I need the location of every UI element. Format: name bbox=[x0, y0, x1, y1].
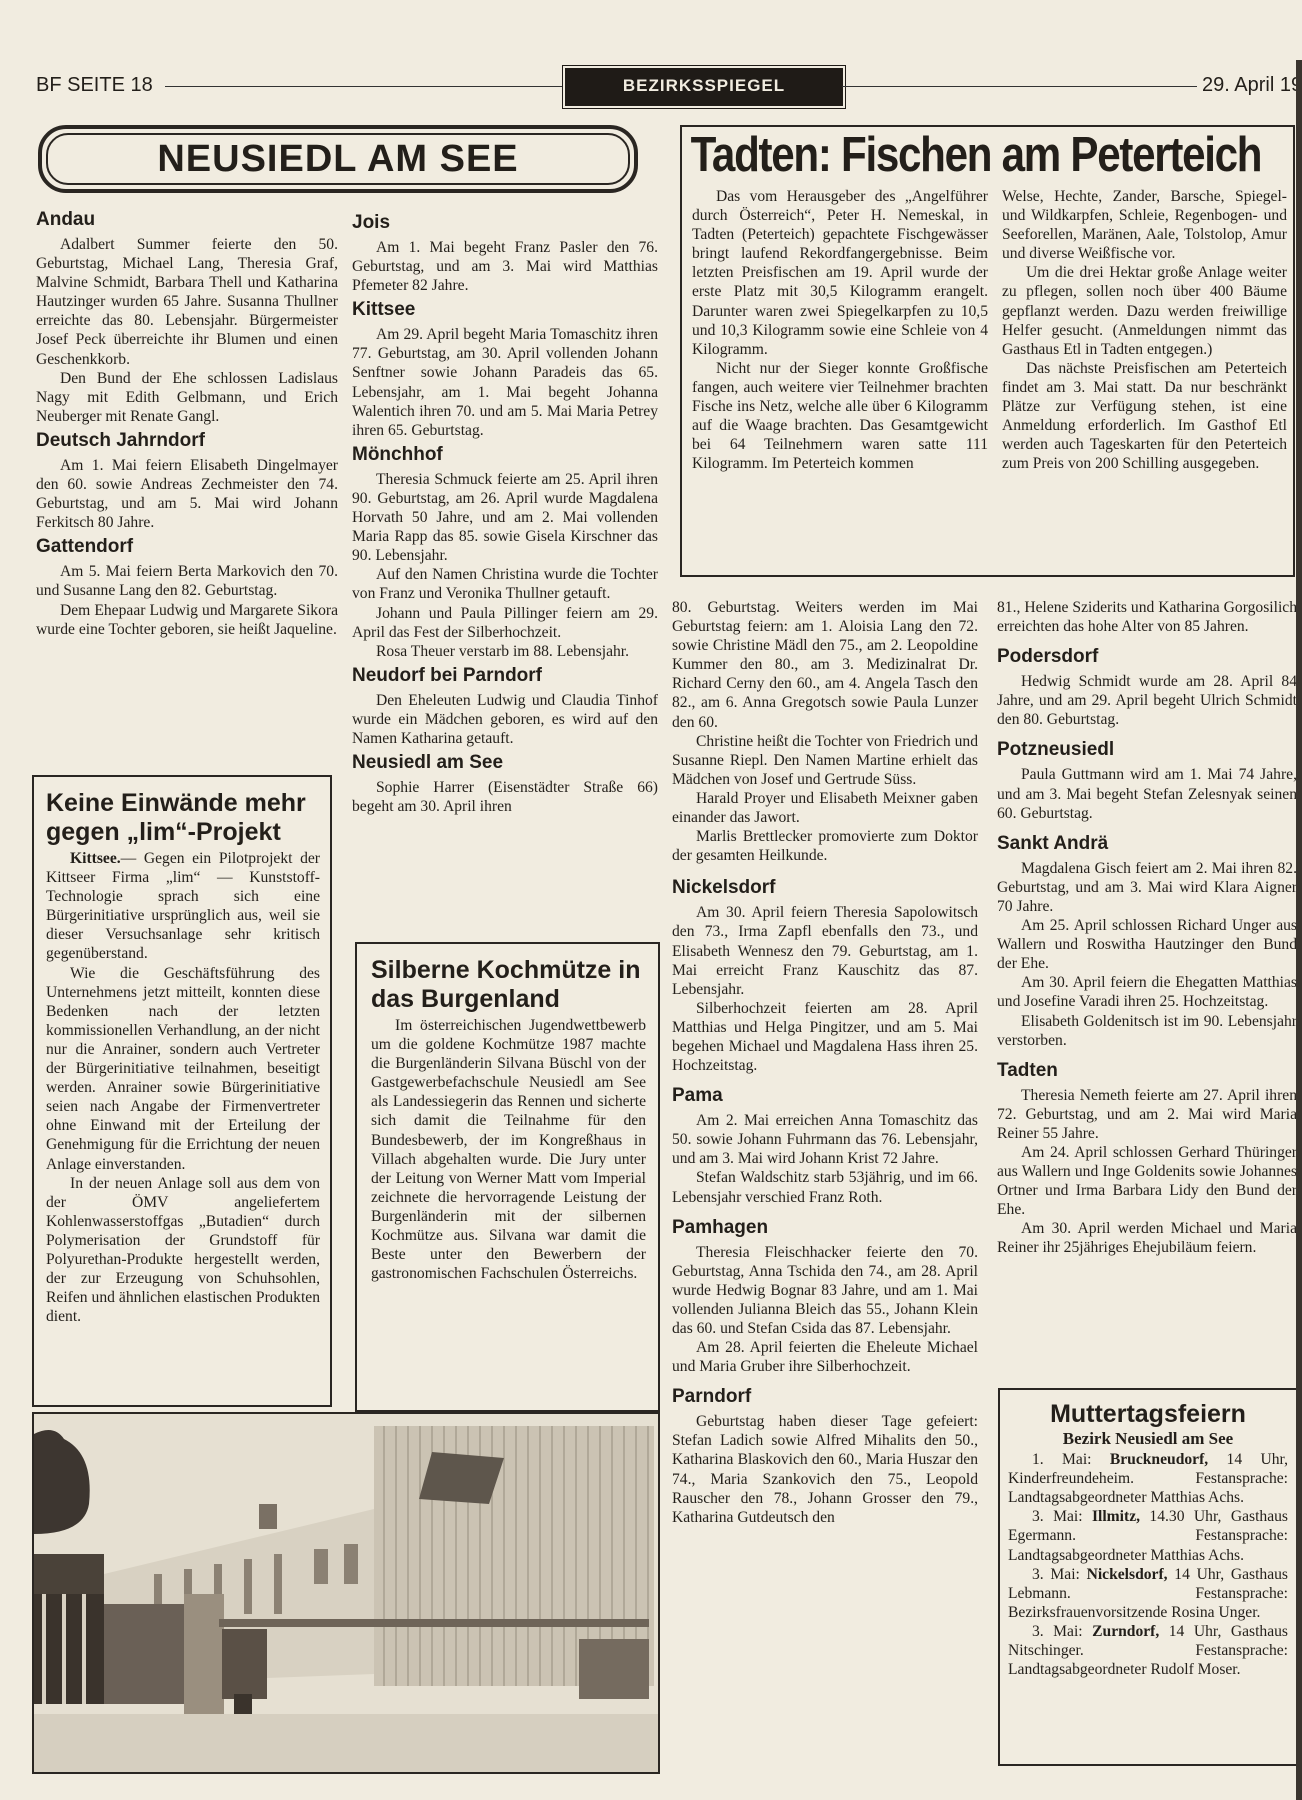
paragraph: Welse, Hechte, Zander, Barsche, Spiegel-… bbox=[1002, 187, 1287, 263]
paragraph: Geburtstag haben dieser Tage gefeiert: S… bbox=[672, 1412, 978, 1527]
section-heading-podersdorf: Podersdorf bbox=[997, 646, 1297, 668]
section-heading-neudorf: Neudorf bei Parndorf bbox=[352, 665, 658, 687]
paragraph: Magdalena Gisch feiert am 2. Mai ihren 8… bbox=[997, 859, 1297, 916]
section-label: BEZIRKSSPIEGEL bbox=[565, 68, 843, 106]
lim-factory-photo bbox=[32, 1412, 660, 1774]
paragraph: Theresia Nemeth feierte am 27. April ihr… bbox=[997, 1086, 1297, 1143]
event-entry: 1. Mai: Bruckneudorf, 14 Uhr, Kinderfreu… bbox=[1008, 1450, 1288, 1507]
paragraph: Am 30. April werden Michael und Maria Re… bbox=[997, 1219, 1297, 1257]
tadten-article: Tadten: Fischen am Peterteich Das vom He… bbox=[680, 125, 1295, 577]
issue-date: 29. April 1987 bbox=[1202, 74, 1302, 97]
kochmuetze-article: Silberne Kochmütze in das Burgenland Im … bbox=[355, 942, 660, 1412]
section-heading-pamhagen: Pamhagen bbox=[672, 1217, 978, 1239]
column-4: 81., Helene Sziderits und Katharina Gorg… bbox=[997, 598, 1297, 1258]
event-entry: 3. Mai: Zurndorf, 14 Uhr, Gasthaus Nitsc… bbox=[1008, 1622, 1288, 1679]
paragraph: Marlis Brettlecker promovierte zum Dokto… bbox=[672, 827, 978, 865]
masthead-rule-right bbox=[842, 86, 1197, 87]
paragraph: 80. Geburtstag. Weiters werden im Mai Ge… bbox=[672, 598, 978, 732]
paragraph: Hedwig Schmidt wurde am 28. April 84 Jah… bbox=[997, 672, 1297, 729]
lim-logo-sign bbox=[419, 1452, 504, 1504]
section-heading-andau: Andau bbox=[36, 209, 338, 231]
tadten-right-column: Welse, Hechte, Zander, Barsche, Spiegel-… bbox=[1002, 187, 1287, 473]
paragraph: Das vom Herausgeber des „Angelführer dur… bbox=[692, 187, 988, 359]
paragraph: Kittsee.— Gegen ein Pilotprojekt der Kit… bbox=[46, 849, 320, 964]
paragraph: Nicht nur der Sieger konnte Großfische f… bbox=[692, 359, 988, 474]
paragraph: Am 29. April begeht Maria Tomaschitz ihr… bbox=[352, 325, 658, 440]
paragraph: Im österreichischen Jugendwettbewerb um … bbox=[371, 1016, 646, 1283]
paragraph: Theresia Schmuck feierte am 25. April ih… bbox=[352, 470, 658, 565]
paragraph: Johann und Paula Pillinger feiern am 29.… bbox=[352, 604, 658, 642]
dateline: Kittsee. bbox=[70, 850, 121, 867]
article-headline: Tadten: Fischen am Peterteich bbox=[682, 127, 1207, 183]
paragraph: Sophie Harrer (Eisenstädter Straße 66) b… bbox=[352, 778, 658, 816]
paragraph: Am 24. April schlossen Gerhard Thüringer… bbox=[997, 1143, 1297, 1219]
section-heading-tadten: Tadten bbox=[997, 1060, 1297, 1082]
paragraph: Am 2. Mai erreichen Anna Tomaschitz das … bbox=[672, 1111, 978, 1168]
paragraph: Adalbert Summer feierte den 50. Geburtst… bbox=[36, 235, 338, 369]
lim-article: Keine Einwände mehr gegen „lim“-Projekt … bbox=[32, 775, 332, 1407]
paragraph: Paula Guttmann wird am 1. Mai 74 Jahre, … bbox=[997, 765, 1297, 822]
paragraph: Den Eheleuten Ludwig und Claudia Tinhof … bbox=[352, 691, 658, 748]
section-heading-neusiedl: Neusiedl am See bbox=[352, 752, 658, 774]
column-2: Jois Am 1. Mai begeht Franz Pasler den 7… bbox=[352, 208, 658, 816]
factory-photo-image bbox=[34, 1414, 660, 1774]
paragraph: Silberhochzeit feierten am 28. April Mat… bbox=[672, 999, 978, 1075]
section-heading-gattendorf: Gattendorf bbox=[36, 536, 338, 558]
paragraph: Am 30. April feiern die Ehegatten Matthi… bbox=[997, 973, 1297, 1011]
paragraph: Christine heißt die Tochter von Friedric… bbox=[672, 732, 978, 789]
event-entry: 3. Mai: Nickelsdorf, 14 Uhr, Gasthaus Le… bbox=[1008, 1565, 1288, 1622]
section-heading-parndorf: Parndorf bbox=[672, 1386, 978, 1408]
paragraph: Auf den Namen Christina wurde die Tochte… bbox=[352, 565, 658, 603]
masthead: BF SEITE 18 BEZIRKSSPIEGEL 29. April 198… bbox=[30, 66, 1302, 106]
column-3: 80. Geburtstag. Weiters werden im Mai Ge… bbox=[672, 598, 978, 1527]
paragraph: In der neuen Anlage soll aus dem von der… bbox=[46, 1174, 320, 1327]
article-headline: Keine Einwände mehr gegen „lim“-Projekt bbox=[46, 789, 320, 847]
event-entry: 3. Mai: Illmitz, 14.30 Uhr, Gasthaus Ege… bbox=[1008, 1507, 1288, 1564]
paragraph: 81., Helene Sziderits und Katharina Gorg… bbox=[997, 598, 1297, 636]
paragraph: Dem Ehepaar Ludwig und Margarete Sikora … bbox=[36, 601, 338, 639]
paragraph: Den Bund der Ehe schlossen Ladislaus Nag… bbox=[36, 369, 338, 426]
paragraph: Das nächste Preisfischen am Peterteich f… bbox=[1002, 359, 1287, 474]
paragraph: Am 28. April feierten die Eheleute Micha… bbox=[672, 1338, 978, 1376]
muttertag-box: Muttertagsfeiern Bezirk Neusiedl am See … bbox=[998, 1388, 1298, 1766]
tadten-left-column: Das vom Herausgeber des „Angelführer dur… bbox=[692, 187, 988, 473]
column-1: Andau Adalbert Summer feierte den 50. Ge… bbox=[36, 205, 338, 639]
paragraph: Um die drei Hektar große Anlage weiter z… bbox=[1002, 263, 1287, 358]
paragraph: Am 1. Mai begeht Franz Pasler den 76. Ge… bbox=[352, 238, 658, 295]
paragraph: Theresia Fleischhacker feierte den 70. G… bbox=[672, 1243, 978, 1338]
region-title: NEUSIEDL AM SEE bbox=[46, 133, 630, 185]
paragraph: Am 30. April feiern Theresia Sapolowitsc… bbox=[672, 903, 978, 998]
paragraph: Wie die Geschäftsführung des Unternehmen… bbox=[46, 964, 320, 1174]
section-heading-deutsch-jahrndorf: Deutsch Jahrndorf bbox=[36, 430, 338, 452]
section-heading-jois: Jois bbox=[352, 212, 658, 234]
paragraph: Am 5. Mai feiern Berta Markovich den 70.… bbox=[36, 562, 338, 600]
section-heading-sankt-andrae: Sankt Andrä bbox=[997, 833, 1297, 855]
paragraph: Stefan Waldschitz starb 53jährig, und im… bbox=[672, 1168, 978, 1206]
paragraph: Am 1. Mai feiern Elisabeth Dingelmayer d… bbox=[36, 456, 338, 532]
paragraph: Harald Proyer und Elisabeth Meixner gabe… bbox=[672, 789, 978, 827]
paragraph: Elisabeth Goldenitsch ist im 90. Lebensj… bbox=[997, 1012, 1297, 1050]
section-heading-kittsee: Kittsee bbox=[352, 299, 658, 321]
paragraph: Am 25. April schlossen Richard Unger aus… bbox=[997, 916, 1297, 973]
box-subheadline: Bezirk Neusiedl am See bbox=[1008, 1429, 1288, 1448]
masthead-rule-left bbox=[165, 86, 563, 87]
section-heading-pama: Pama bbox=[672, 1085, 978, 1107]
region-banner: NEUSIEDL AM SEE bbox=[38, 125, 638, 193]
paragraph: Rosa Theuer verstarb im 88. Lebensjahr. bbox=[352, 642, 658, 661]
page-gutter-edge bbox=[1296, 60, 1302, 1800]
section-heading-moenchhof: Mönchhof bbox=[352, 444, 658, 466]
section-heading-potzneusiedl: Potzneusiedl bbox=[997, 739, 1297, 761]
article-headline: Silberne Kochmütze in das Burgenland bbox=[371, 956, 646, 1014]
box-headline: Muttertagsfeiern bbox=[1008, 1400, 1288, 1429]
section-heading-nickelsdorf: Nickelsdorf bbox=[672, 877, 978, 899]
page-label: BF SEITE 18 bbox=[36, 74, 153, 97]
